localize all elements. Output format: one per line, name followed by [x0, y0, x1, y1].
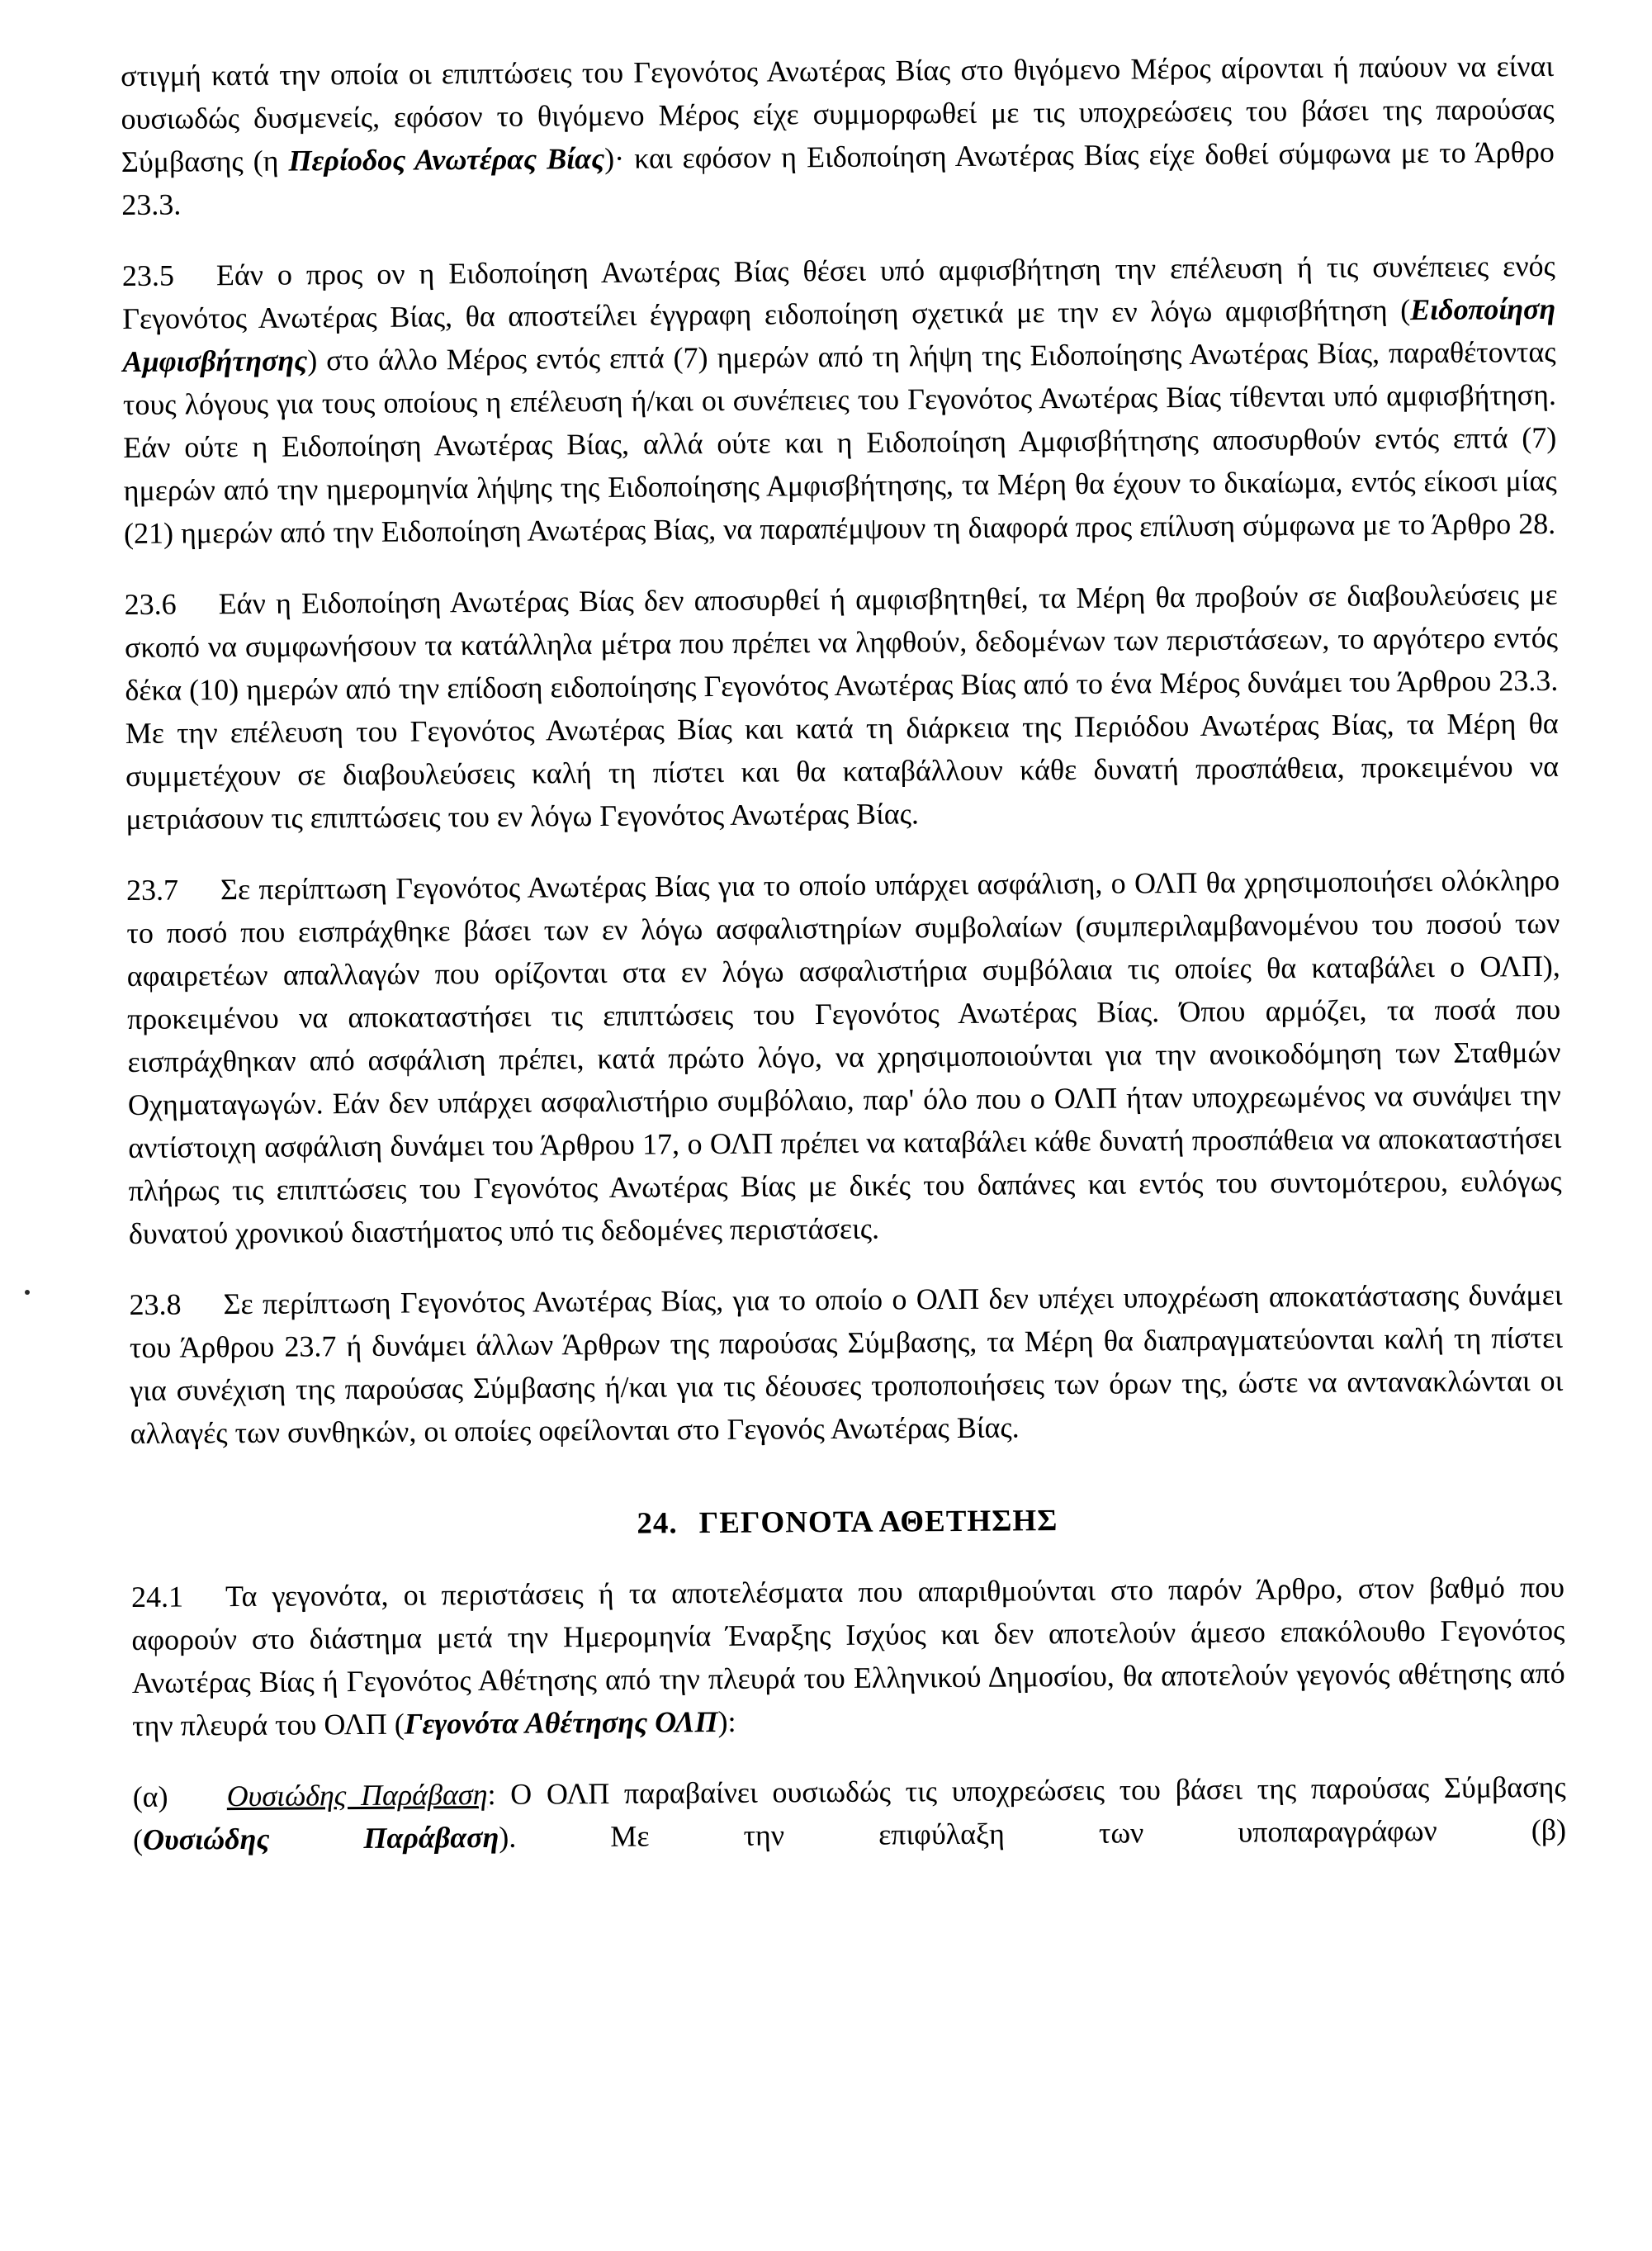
paragraph-238: 23.8Σε περίπτωση Γεγονότος Ανωτέρας Βίας… [129, 1273, 1563, 1455]
paragraph-235: 23.5Εάν ο προς ον η Ειδοποίηση Ανωτέρας … [122, 244, 1557, 555]
paragraph-236: 23.6Εάν η Ειδοποίηση Ανωτέρας Βίας δεν α… [124, 573, 1559, 841]
paragraph-number: (α) [133, 1775, 227, 1818]
paragraph-number: 24.1 [131, 1575, 225, 1618]
paragraph-number: 23.6 [124, 582, 218, 626]
scanned-document-page: στιγμή κατά την οποία οι επιπτώσεις του … [0, 0, 1652, 2251]
paragraph-237: 23.7Σε περίπτωση Γεγονότος Ανωτέρας Βίας… [126, 859, 1562, 1255]
scan-speck [25, 1290, 30, 1295]
paragraph-continuation: στιγμή κατά την οποία οι επιπτώσεις του … [121, 45, 1555, 226]
text-run: Ουσιώδης Παράβαση [143, 1821, 499, 1856]
paragraph-number: 23.7 [126, 868, 220, 912]
paragraph-number: 23.8 [129, 1282, 223, 1326]
section-heading: 24.ΓΕΓΟΝΟΤΑ ΑΘΕΤΗΣΗΣ [130, 1496, 1564, 1549]
document-body: στιγμή κατά την οποία οι επιπτώσεις του … [121, 45, 1566, 1889]
paragraph-number: 23.5 [122, 254, 216, 297]
paragraph-241: 24.1Τα γεγονότα, οι περιστάσεις ή τα απο… [131, 1566, 1565, 1747]
text-run: Σε περίπτωση Γεγονότος Ανωτέρας Βίας για… [126, 864, 1561, 1250]
text-run: Εάν η Ειδοποίηση Ανωτέρας Βίας δεν αποσυ… [125, 578, 1559, 836]
text-run: Εάν ο προς ον η Ειδοποίηση Ανωτέρας Βίας… [122, 249, 1555, 335]
paragraph-α: (α)Ουσιώδης Παράβαση: Ο ΟΛΠ παραβαίνει ο… [133, 1765, 1567, 1861]
section-heading-title: ΓΕΓΟΝΟΤΑ ΑΘΕΤΗΣΗΣ [699, 1504, 1058, 1540]
text-run: Γεγονότα Αθέτησης ΟΛΠ [405, 1705, 718, 1741]
text-run: Σε περίπτωση Γεγονότος Ανωτέρας Βίας, γι… [130, 1278, 1564, 1450]
text-run: Ουσιώδης Παράβαση [227, 1778, 488, 1813]
text-run: Τα γεγονότα, οι περιστάσεις ή τα αποτελέ… [131, 1571, 1565, 1742]
text-run: ). Με την επιφύλαξη των υποπαραγράφων (β… [499, 1813, 1566, 1854]
text-run: Περίοδος Ανωτέρας Βίας [288, 142, 604, 178]
text-run: ) στο άλλο Μέρος εντός επτά (7) ημερών α… [123, 335, 1557, 550]
text-run: ): [717, 1705, 736, 1738]
section-heading-number: 24. [637, 1506, 678, 1540]
